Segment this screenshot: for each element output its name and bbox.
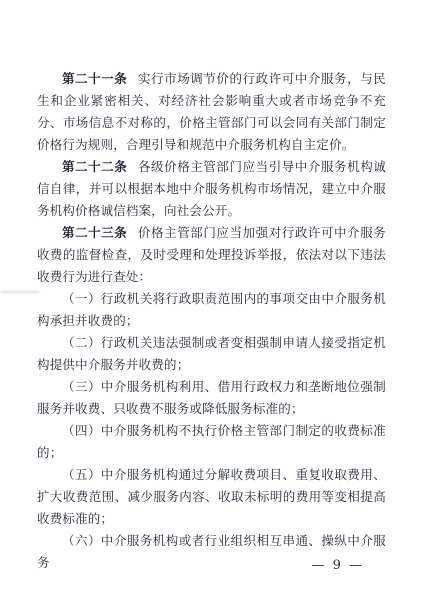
scan-speck-artifact — [238, 226, 241, 229]
list-item-3: （三）中介服务机构利用、借用行政权力和垄断地位强制服务并收费、只收费不服务或降低… — [37, 376, 386, 420]
list-item-2: （二）行政机关违法强制或者变相强制申请人接受指定机构提供中介服务并收费的； — [37, 332, 386, 376]
document-body: 第二十一条实行市场调节价的行政许可中介服务，与民生和企业紧密相关、对经济社会影响… — [37, 68, 386, 574]
article-22-label: 第二十二条 — [62, 159, 127, 174]
article-21-paragraph: 第二十一条实行市场调节价的行政许可中介服务，与民生和企业紧密相关、对经济社会影响… — [37, 68, 386, 156]
article-23-paragraph: 第二十三条价格主管部门应当加强对行政许可中介服务收费的监督检查，及时受理和处理投… — [37, 222, 386, 288]
scan-smudge-artifact — [0, 291, 40, 293]
list-item-4: （四）中介服务机构不执行价格主管部门制定的收费标准的； — [37, 420, 386, 464]
article-22-paragraph: 第二十二条各级价格主管部门应当引导中介服务机构诚信自律，并可以根据本地中介服务机… — [37, 156, 386, 222]
page-number: — 9 — — [311, 558, 364, 573]
scanned-document-page: 第二十一条实行市场调节价的行政许可中介服务，与民生和企业紧密相关、对经济社会影响… — [0, 0, 422, 600]
list-item-5: （五）中介服务机构通过分解收费项目、重复收取费用、扩大收费范围、减少服务内容、收… — [37, 464, 386, 530]
article-21-label: 第二十一条 — [62, 71, 127, 86]
list-item-1: （一）行政机关将行政职责范围内的事项交由中介服务机构承担并收费的； — [37, 288, 386, 332]
article-23-label: 第二十三条 — [62, 225, 127, 240]
